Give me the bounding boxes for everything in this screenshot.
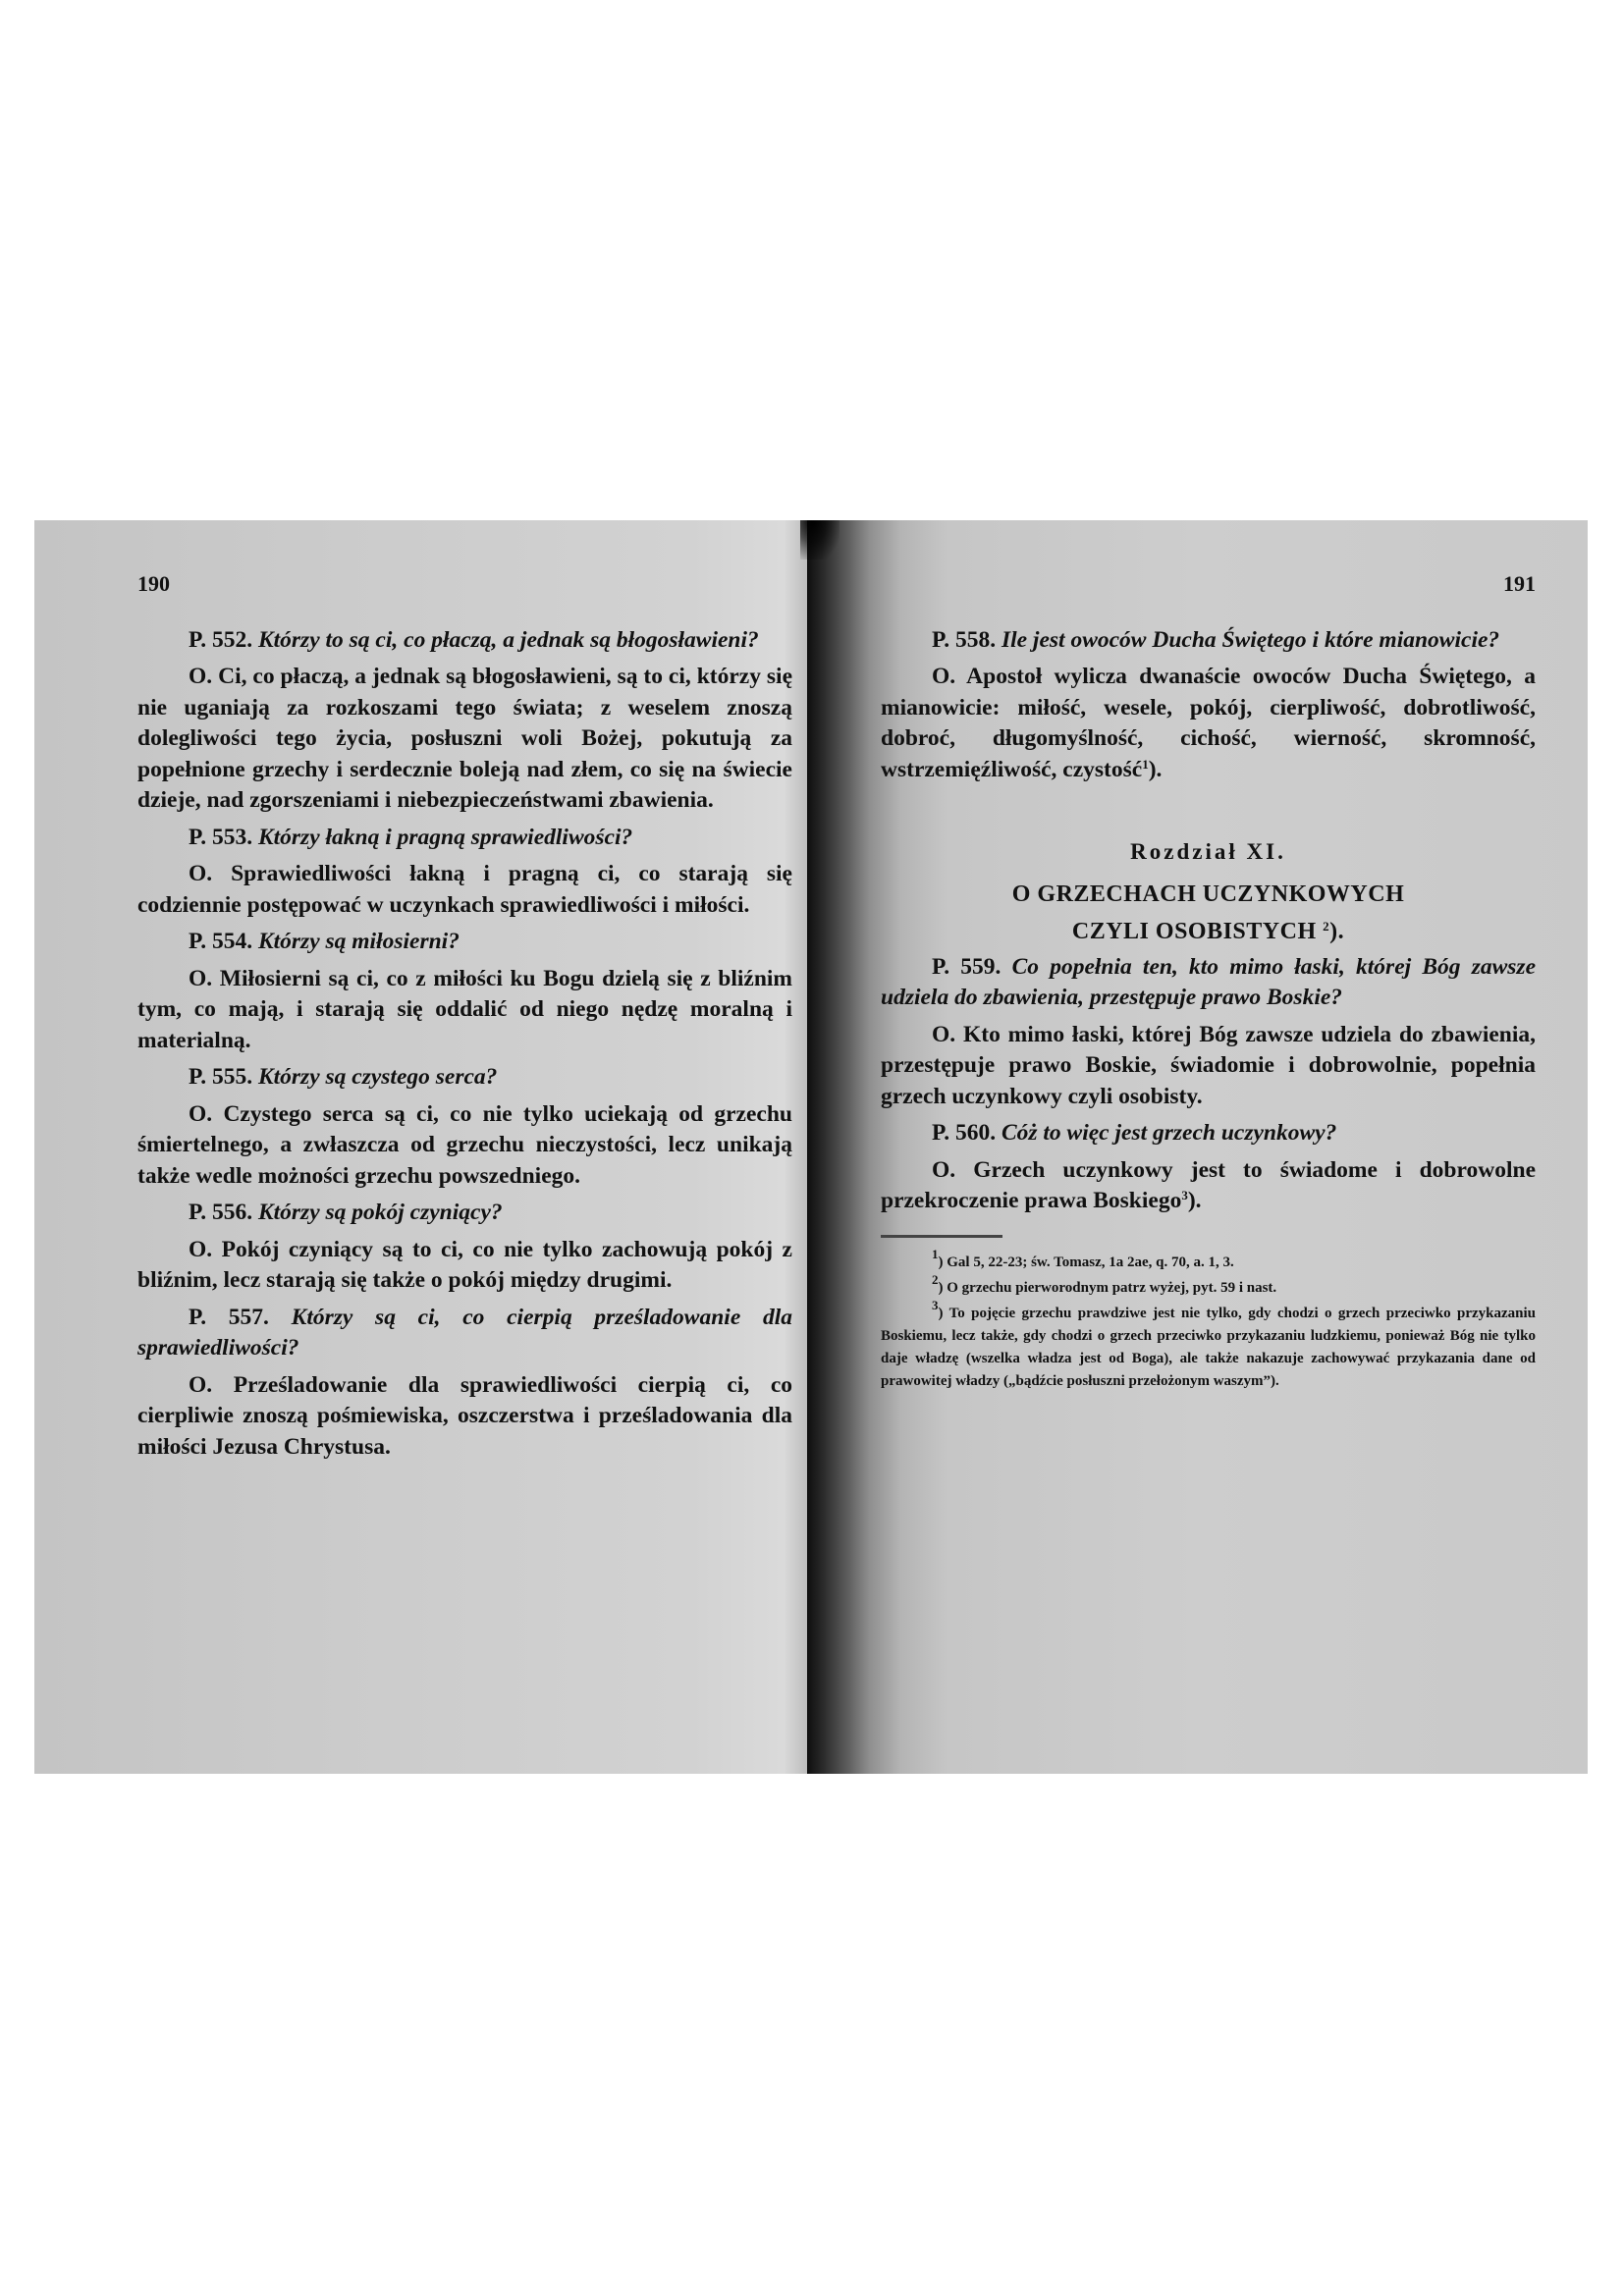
answer-558: O. Apostoł wylicza dwanaście owoców Duch…: [881, 662, 1536, 785]
book-scan: 190 P. 552. Którzy to są ci, co płaczą, …: [34, 520, 1588, 1774]
chapter-title-line1: O GRZECHACH UCZYNKOWYCH: [881, 878, 1536, 911]
chapter-label: Rozdział XI.: [881, 836, 1536, 868]
answer: O. Ci, co płaczą, a jednak są błogosławi…: [137, 662, 792, 817]
right-page-text: 191 P. 558. Ile jest owoców Ducha Święte…: [881, 568, 1536, 1396]
footnote-1: 1) Gal 5, 22-23; św. Tomasz, 1a 2ae, q. …: [881, 1252, 1536, 1274]
left-page-blocks: P. 552. Którzy to są ci, co płaczą, a je…: [137, 625, 792, 1464]
question: P. 557. Którzy są ci, co cierpią prześla…: [137, 1303, 792, 1364]
question-558: P. 558. Ile jest owoców Ducha Świętego i…: [881, 625, 1536, 657]
question-560: P. 560. Cóż to więc jest grzech uczynkow…: [881, 1118, 1536, 1149]
question: P. 553. Którzy łakną i pragną sprawiedli…: [137, 823, 792, 854]
question: P. 555. Którzy są czystego serca?: [137, 1062, 792, 1094]
answer-559: O. Kto mimo łaski, której Bóg zawsze udz…: [881, 1020, 1536, 1113]
footnote-3: 3) To pojęcie grzechu prawdziwe jest nie…: [881, 1303, 1536, 1393]
page-number-right: 191: [881, 568, 1536, 600]
answer: O. Sprawiedliwości łakną i pragną ci, co…: [137, 859, 792, 921]
footnote-rule: [881, 1235, 1002, 1238]
page-number-left: 190: [137, 568, 792, 600]
chapter-title-line2: CZYLI OSOBISTYCH 2).: [881, 915, 1536, 948]
answer: O. Pokój czyniący są to ci, co nie tylko…: [137, 1235, 792, 1297]
book-gutter: [800, 520, 839, 560]
footnotes: 1) Gal 5, 22-23; św. Tomasz, 1a 2ae, q. …: [881, 1252, 1536, 1393]
chapter-heading: Rozdział XI. O GRZECHACH UCZYNKOWYCH CZY…: [881, 836, 1536, 948]
question-559: P. 559. Co popełnia ten, kto mimo łaski,…: [881, 952, 1536, 1014]
footnote-2: 2) O grzechu pierworodnym patrz wyżej, p…: [881, 1277, 1536, 1300]
question: P. 552. Którzy to są ci, co płaczą, a je…: [137, 625, 792, 657]
answer: O. Prześladowanie dla sprawiedliwości ci…: [137, 1370, 792, 1464]
question: P. 556. Którzy są pokój czyniący?: [137, 1198, 792, 1229]
answer: O. Miłosierni są ci, co z miłości ku Bog…: [137, 964, 792, 1057]
answer-560: O. Grzech uczynkowy jest to świadome i d…: [881, 1155, 1536, 1217]
answer: O. Czystego serca są ci, co nie tylko uc…: [137, 1099, 792, 1193]
question: P. 554. Którzy są miłosierni?: [137, 927, 792, 958]
left-page-text: 190 P. 552. Którzy to są ci, co płaczą, …: [137, 568, 792, 1468]
